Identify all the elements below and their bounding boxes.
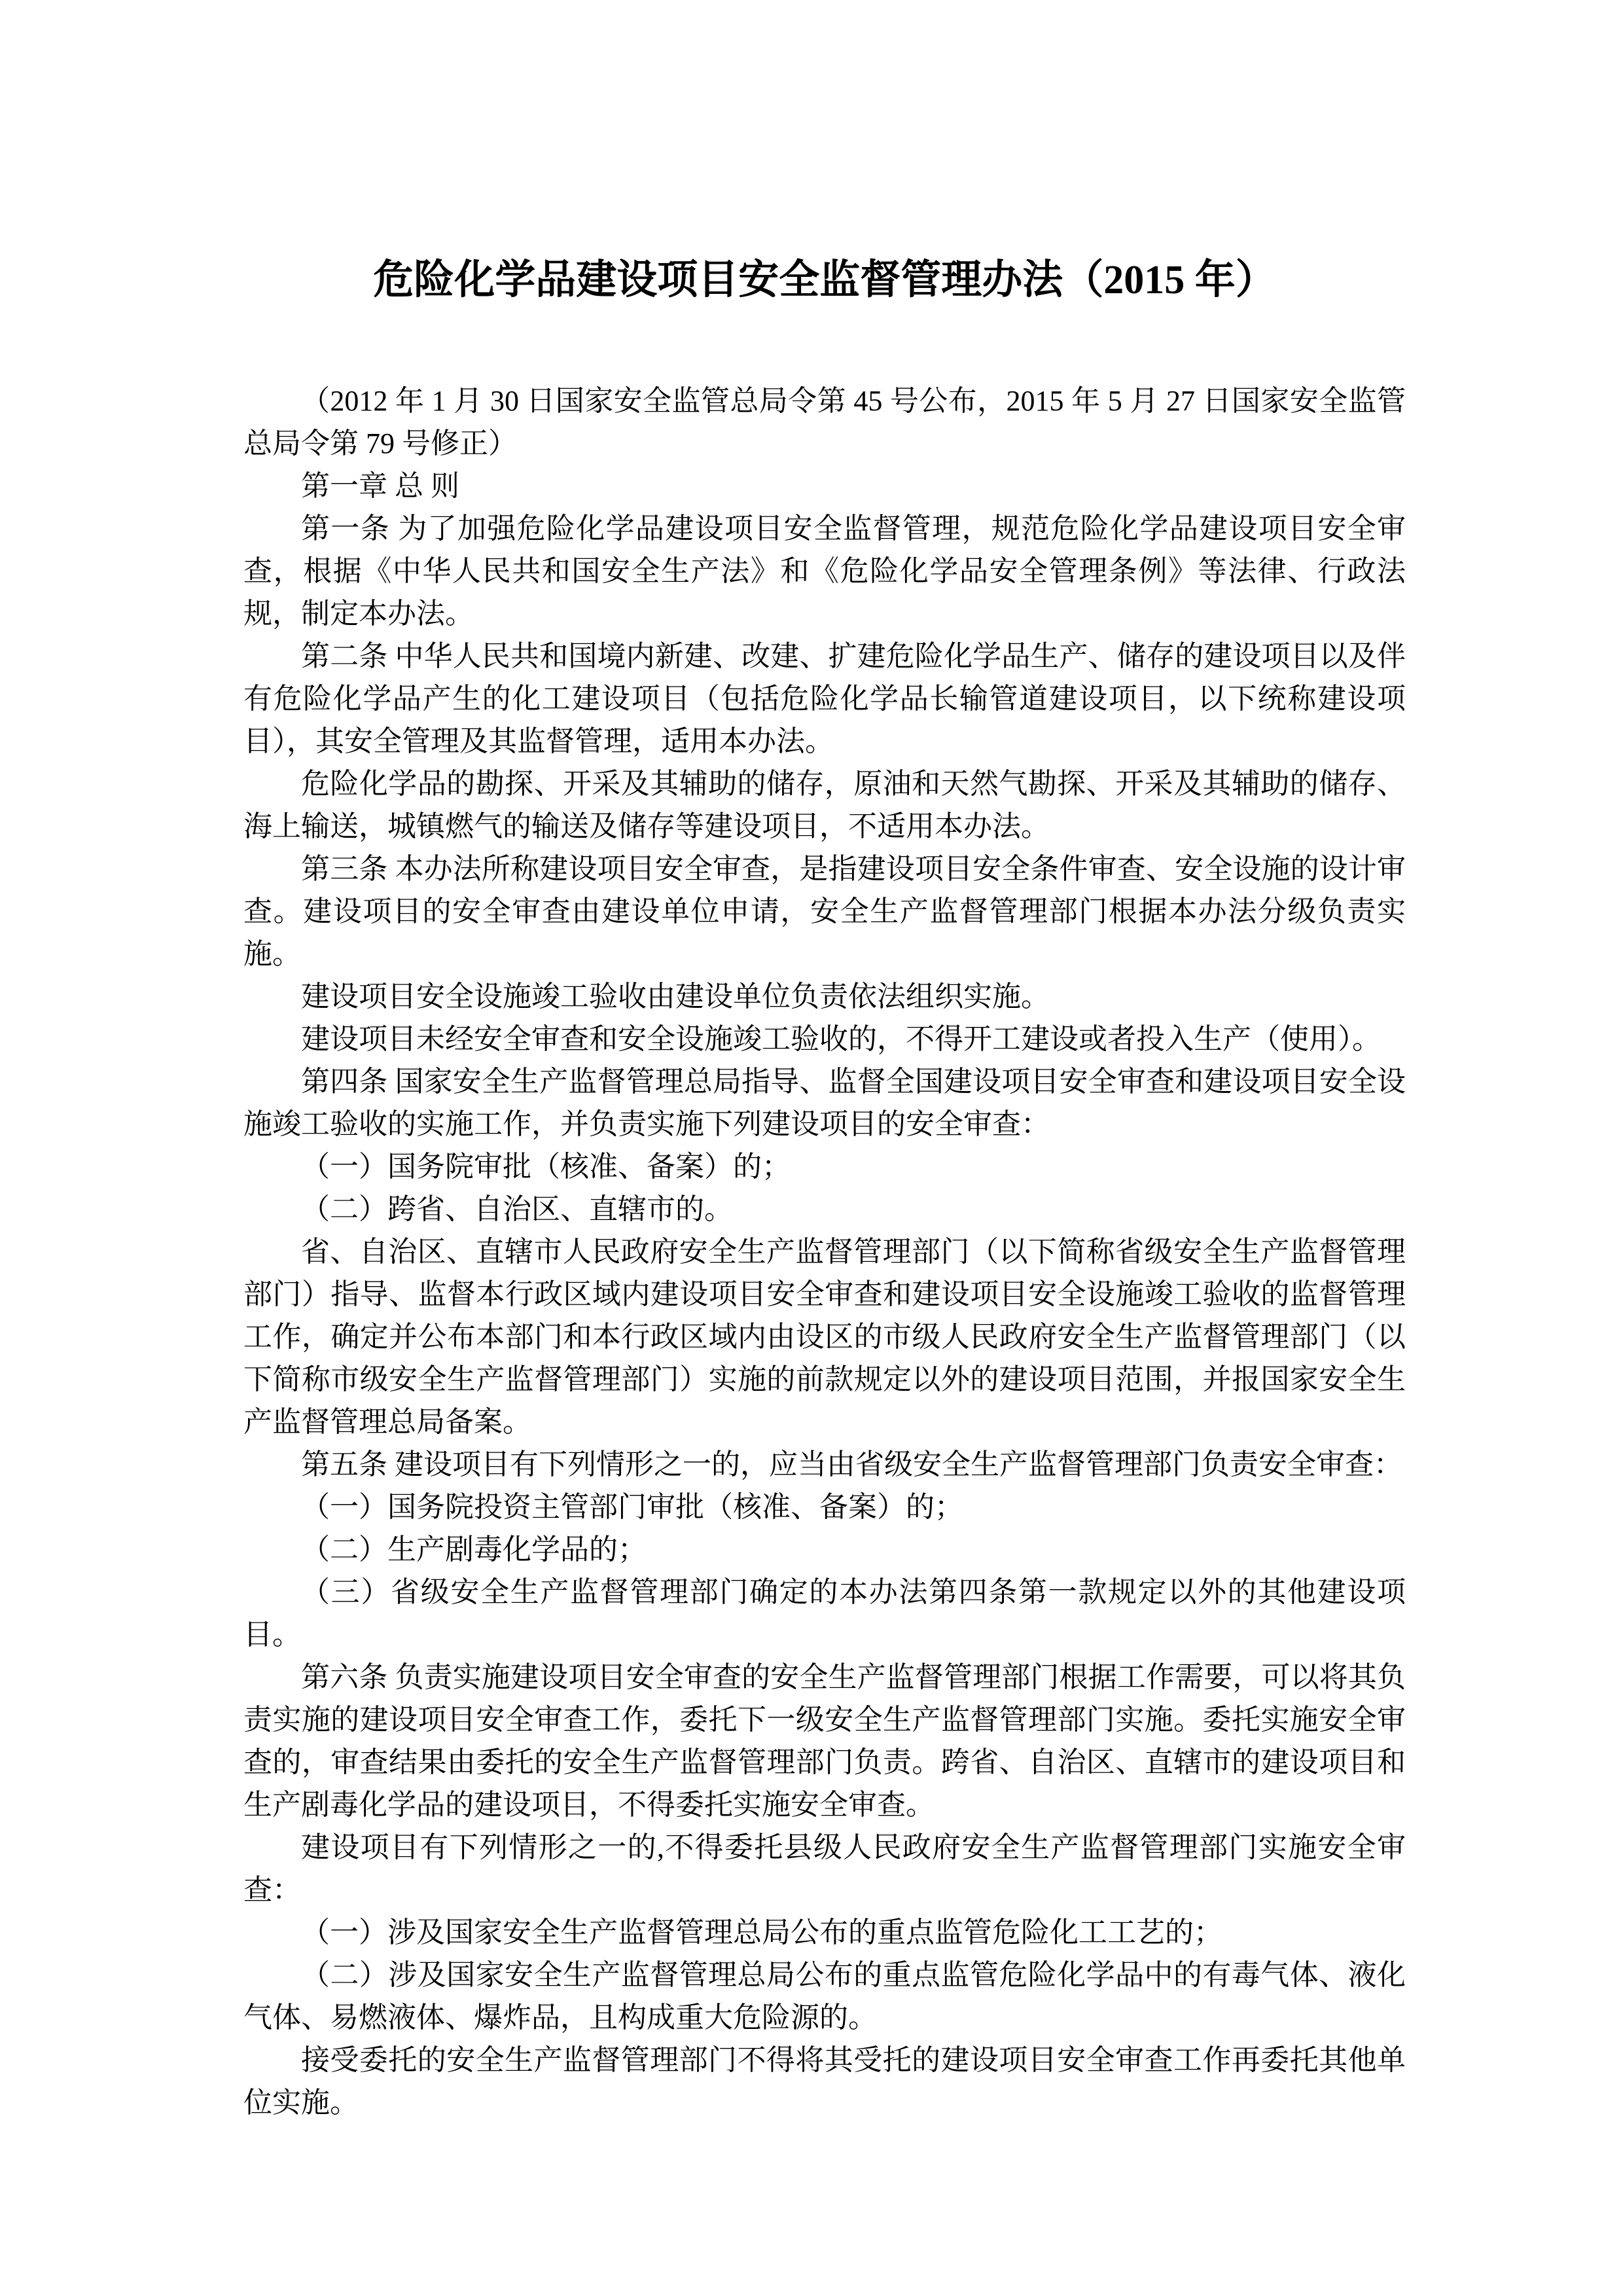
document-content: 危险化学品建设项目安全监督管理办法（2015 年） （2012 年 1 月 30… [243, 257, 1406, 2124]
paragraph-article-3: 第二条 中华人民共和国境内新建、改建、扩建危险化学品生产、储存的建设项目以及伴有… [243, 635, 1406, 762]
paragraph-article-12: 第五条 建设项目有下列情形之一的，应当由省级安全生产监督管理部门负责安全审查： [243, 1443, 1406, 1486]
paragraph-item-10: （二）跨省、自治区、直辖市的。 [243, 1188, 1406, 1230]
paragraph-article-16: 第六条 负责实施建设项目安全审查的安全生产监督管理部门根据工作需要，可以将其负责… [243, 1656, 1406, 1826]
paragraph-preamble-0: （2012 年 1 月 30 日国家安全监管总局令第 45 号公布，2015 年… [243, 380, 1406, 465]
document-body: （2012 年 1 月 30 日国家安全监管总局令第 45 号公布，2015 年… [243, 380, 1406, 2124]
paragraph-article-5: 第三条 本办法所称建设项目安全审查，是指建设项目安全条件审查、安全设施的设计审查… [243, 848, 1406, 975]
paragraph-item-9: （一）国务院审批（核准、备案）的； [243, 1145, 1406, 1188]
paragraph-item-19: （二）涉及国家安全生产监督管理总局公布的重点监管危险化学品中的有毒气体、液化气体… [243, 1954, 1406, 2039]
paragraph-item-18: （一）涉及国家安全生产监督管理总局公布的重点监管危险化工工艺的； [243, 1911, 1406, 1954]
paragraph-article-8: 第四条 国家安全生产监督管理总局指导、监督全国建设项目安全审查和建设项目安全设施… [243, 1060, 1406, 1145]
paragraph-item-15: （三）省级安全生产监督管理部门确定的本办法第四条第一款规定以外的其他建设项目。 [243, 1571, 1406, 1656]
document-page: 危险化学品建设项目安全监督管理办法（2015 年） （2012 年 1 月 30… [0, 0, 1623, 2296]
document-title: 危险化学品建设项目安全监督管理办法（2015 年） [243, 257, 1406, 304]
paragraph-body-20: 接受委托的安全生产监督管理部门不得将其受托的建设项目安全审查工作再委托其他单位实… [243, 2039, 1406, 2124]
paragraph-body-4: 危险化学品的勘探、开采及其辅助的储存，原油和天然气勘探、开采及其辅助的储存、海上… [243, 762, 1406, 848]
paragraph-body-17: 建设项目有下列情形之一的,不得委托县级人民政府安全生产监督管理部门实施安全审查： [243, 1826, 1406, 1911]
paragraph-item-13: （一）国务院投资主管部门审批（核准、备案）的； [243, 1486, 1406, 1528]
paragraph-chapter-1: 第一章 总 则 [243, 465, 1406, 507]
paragraph-body-6: 建设项目安全设施竣工验收由建设单位负责依法组织实施。 [243, 975, 1406, 1018]
paragraph-body-7: 建设项目未经安全审查和安全设施竣工验收的，不得开工建设或者投入生产（使用）。 [243, 1018, 1406, 1060]
paragraph-item-14: （二）生产剧毒化学品的； [243, 1528, 1406, 1571]
paragraph-body-11: 省、自治区、直辖市人民政府安全生产监督管理部门（以下简称省级安全生产监督管理部门… [243, 1230, 1406, 1443]
paragraph-article-2: 第一条 为了加强危险化学品建设项目安全监督管理，规范危险化学品建设项目安全审查，… [243, 507, 1406, 635]
